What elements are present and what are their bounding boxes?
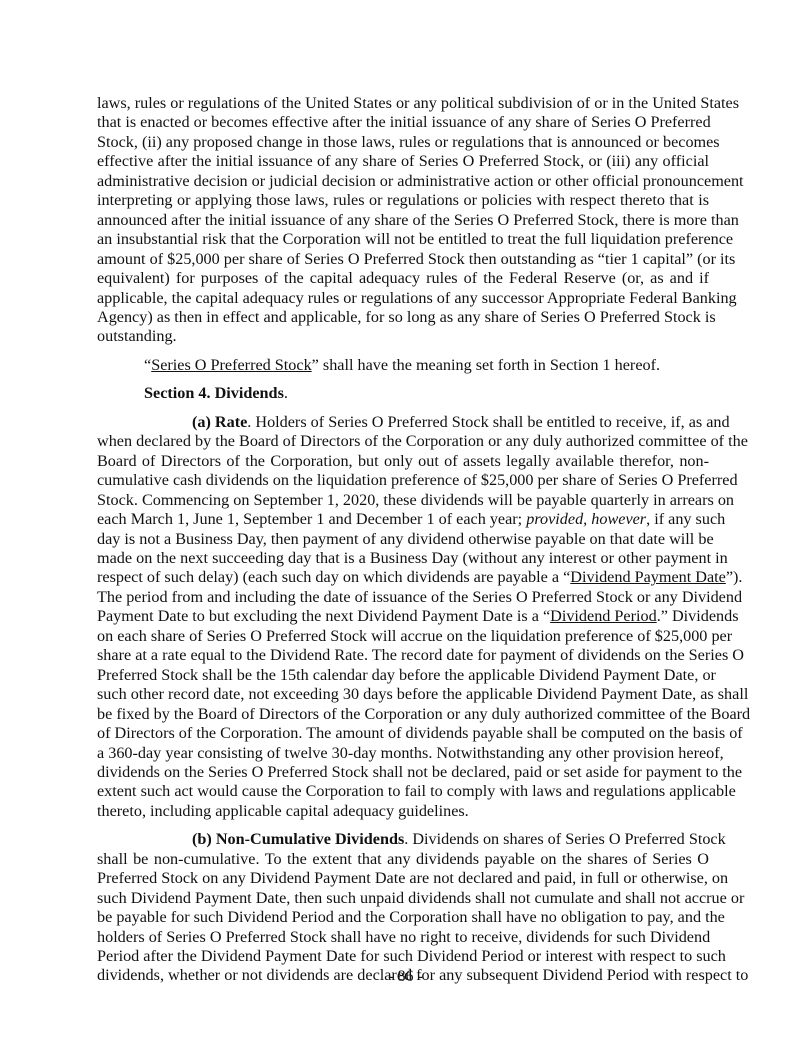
- defined-term-dividend-payment-date: Dividend Payment Date: [570, 568, 726, 586]
- text-line: that is enacted or becomes effective aft…: [97, 113, 709, 132]
- text-line: a 360-day year consisting of twelve 30-d…: [97, 744, 709, 763]
- text-line: amount of $25,000 per share of Series O …: [97, 250, 709, 269]
- text-line: be payable for such Dividend Period and …: [97, 908, 709, 927]
- text-line: shall be non-cumulative. To the extent t…: [97, 850, 709, 869]
- text-line: laws, rules or regulations of the United…: [97, 94, 709, 113]
- text-segment: . Holders of Series O Preferred Stock sh…: [247, 413, 729, 431]
- text-segment: , if any such: [646, 510, 725, 528]
- subsection-b-non-cumulative: (b) Non-Cumulative Dividends. Dividends …: [97, 830, 709, 986]
- text-line: Preferred Stock shall be the 15th calend…: [97, 666, 709, 685]
- text-line: thereto, including applicable capital ad…: [97, 802, 709, 821]
- section-heading: Section 4. Dividends.: [97, 384, 709, 403]
- text-line: share at a rate equal to the Dividend Ra…: [97, 646, 709, 665]
- text-line: Agency) as then in effect and applicable…: [97, 308, 709, 327]
- text-line: such other record date, not exceeding 30…: [97, 685, 709, 704]
- text-line: applicable, the capital adequacy rules o…: [97, 289, 709, 308]
- text-line: such Dividend Payment Date, then such un…: [97, 889, 709, 908]
- text-line: equivalent) for purposes of the capital …: [97, 269, 709, 288]
- text-line: cumulative cash dividends on the liquida…: [97, 471, 709, 490]
- text-line: effective after the initial issuance of …: [97, 152, 709, 171]
- text-line: Stock. Commencing on September 1, 2020, …: [97, 491, 709, 510]
- text-line: made on the next succeeding day that is …: [97, 549, 709, 568]
- page-number: - 86 -: [0, 968, 811, 986]
- definition-series-o: “Series O Preferred Stock” shall have th…: [97, 356, 709, 375]
- text-segment: ”).: [726, 568, 743, 586]
- text-segment: .” Dividends: [657, 607, 739, 625]
- subsection-a-label: (a) Rate: [192, 413, 247, 431]
- italic-proviso: provided, however: [526, 510, 646, 528]
- text-line: holders of Series O Preferred Stock shal…: [97, 928, 709, 947]
- text-line: Preferred Stock on any Dividend Payment …: [97, 869, 709, 888]
- text-line: an insubstantial risk that the Corporati…: [97, 230, 709, 249]
- text-line: The period from and including the date o…: [97, 588, 709, 607]
- text-line: dividends on the Series O Preferred Stoc…: [97, 763, 709, 782]
- text-line: Period after the Dividend Payment Date f…: [97, 947, 709, 966]
- paragraph-regulatory-event: laws, rules or regulations of the United…: [97, 94, 709, 347]
- document-page: laws, rules or regulations of the United…: [97, 94, 709, 986]
- text-line: Stock, (ii) any proposed change in those…: [97, 133, 709, 152]
- text-line: interpreting or applying those laws, rul…: [97, 191, 709, 210]
- text-segment: . Dividends on shares of Series O Prefer…: [404, 830, 725, 848]
- defined-term: Series O Preferred Stock: [151, 356, 311, 374]
- text-line: extent such act would cause the Corporat…: [97, 782, 709, 801]
- heading-period: .: [284, 384, 288, 402]
- subsection-a-rate: (a) Rate. Holders of Series O Preferred …: [97, 413, 709, 822]
- text-segment: each March 1, June 1, September 1 and De…: [97, 510, 526, 528]
- subsection-b-label: (b) Non-Cumulative Dividends: [192, 830, 404, 848]
- text-line: outstanding.: [97, 327, 709, 346]
- text-line: day is not a Business Day, then payment …: [97, 530, 709, 549]
- definition-text: ” shall have the meaning set forth in Se…: [312, 356, 660, 374]
- text-line: be fixed by the Board of Directors of th…: [97, 705, 709, 724]
- text-line: when declared by the Board of Directors …: [97, 432, 709, 451]
- section-title: Section 4. Dividends: [144, 384, 284, 402]
- defined-term-dividend-period: Dividend Period: [550, 607, 657, 625]
- text-segment: Payment Date to but excluding the next D…: [97, 607, 550, 625]
- text-line: Board of Directors of the Corporation, b…: [97, 452, 709, 471]
- text-line: on each share of Series O Preferred Stoc…: [97, 627, 709, 646]
- text-line: administrative decision or judicial deci…: [97, 172, 709, 191]
- text-line: of Directors of the Corporation. The amo…: [97, 724, 709, 743]
- text-line: announced after the initial issuance of …: [97, 211, 709, 230]
- text-segment: respect of such delay) (each such day on…: [97, 568, 570, 586]
